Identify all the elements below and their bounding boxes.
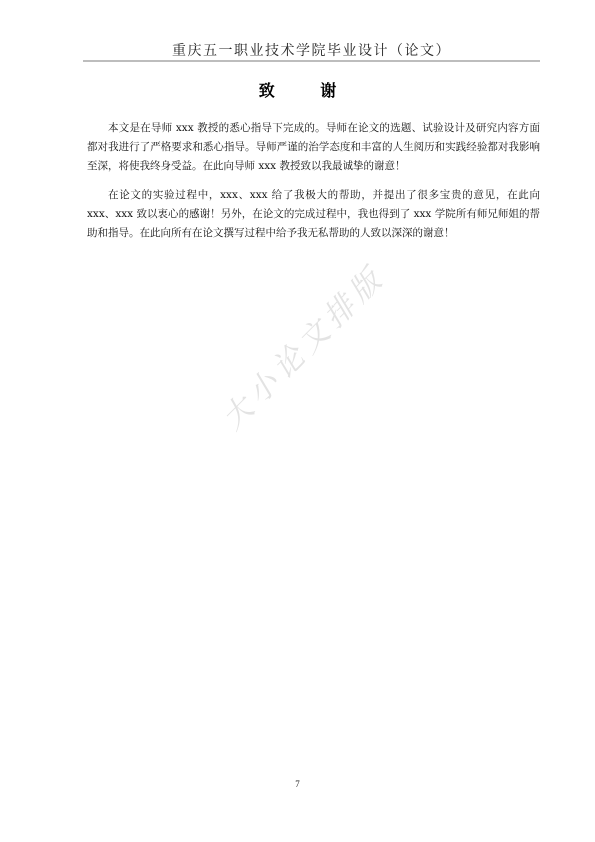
running-header: 重庆五一职业技术学院毕业设计（论文） <box>83 40 540 60</box>
acknowledgement-body: 本文是在导师 xxx 教授的悉心指导下完成的。导师在论文的选题、试验设计及研究内… <box>87 119 540 253</box>
document-page: 重庆五一职业技术学院毕业设计（论文） 致 谢 本文是在导师 xxx 教授的悉心指… <box>0 0 595 842</box>
section-title: 致 谢 <box>0 78 595 101</box>
paragraph-1: 本文是在导师 xxx 教授的悉心指导下完成的。导师在论文的选题、试验设计及研究内… <box>87 119 540 176</box>
watermark: 大小论文排版 <box>209 254 393 438</box>
header-divider <box>83 60 540 62</box>
paragraph-2: 在论文的实验过程中，xxx、xxx 给了我极大的帮助，并提出了很多宝贵的意见，在… <box>87 186 540 243</box>
page-number: 7 <box>0 779 595 789</box>
